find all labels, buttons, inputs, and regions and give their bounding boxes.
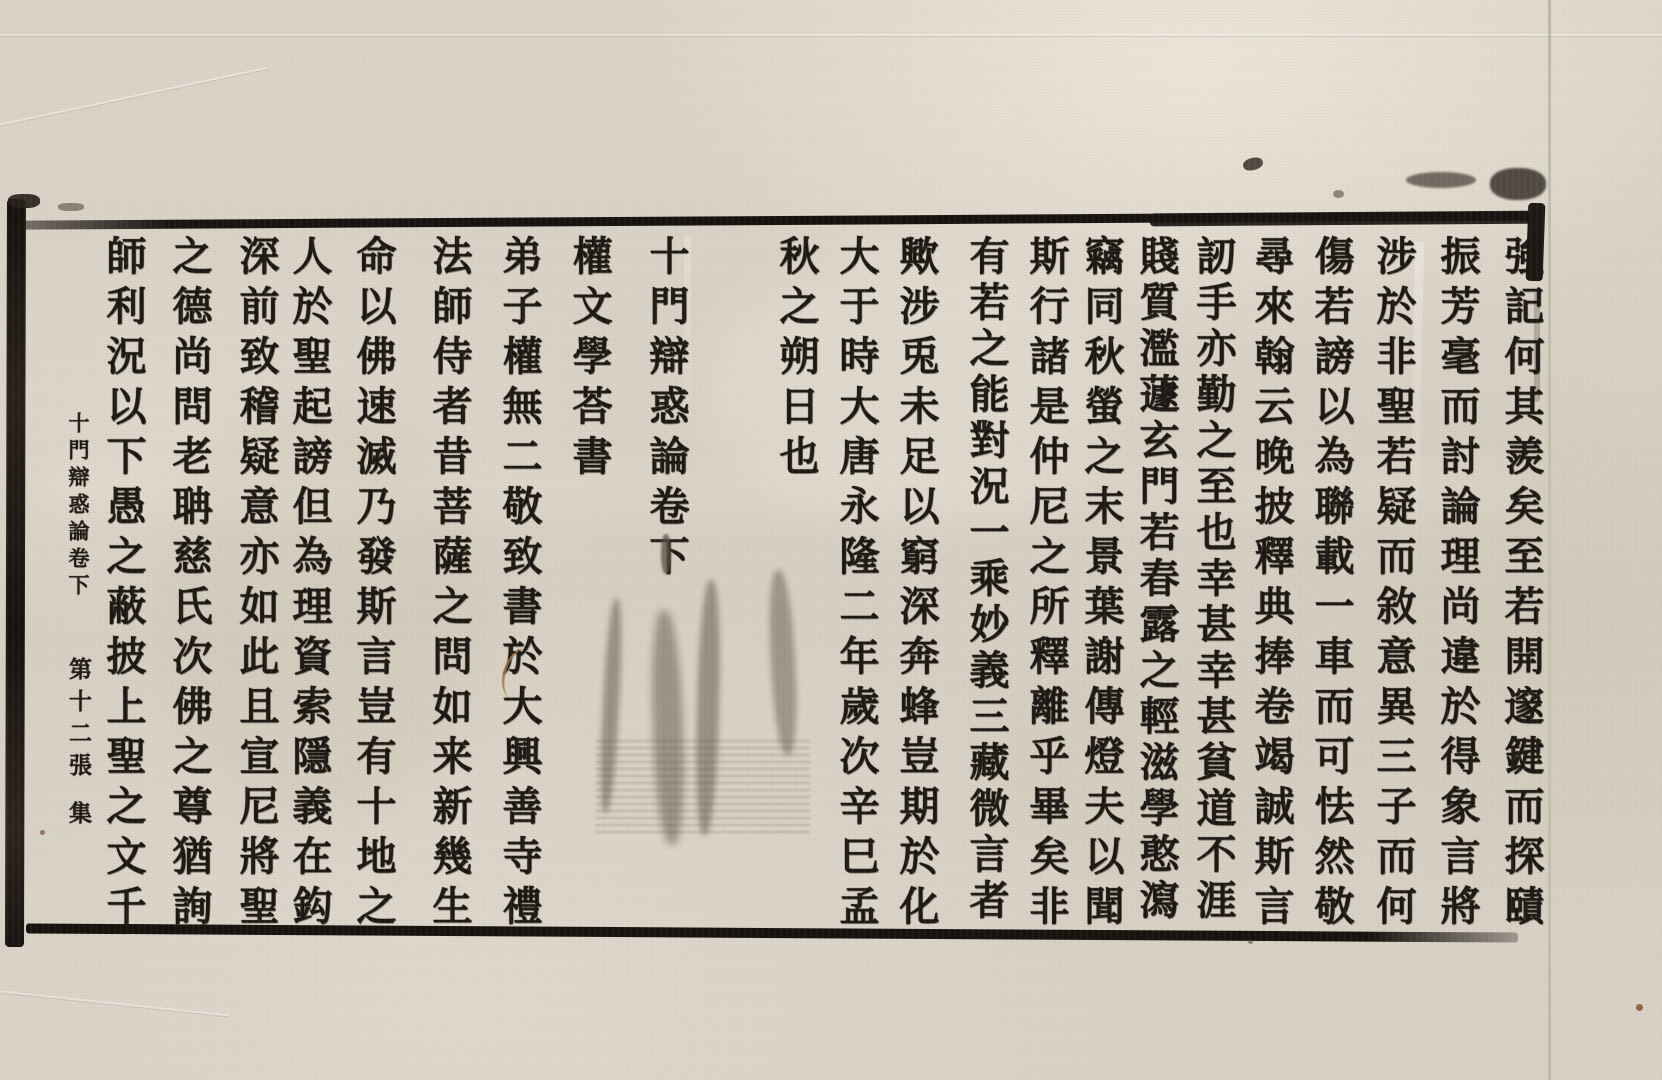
frame-border-left [5,199,26,947]
text-column-1: 強記何其羨矣至若開邃鍵而探賾 [1495,235,1547,935]
paper-crease [0,989,229,1016]
letter-column-7: 師利況以下愚之蔽披上聖之文千 [97,235,149,935]
text-column-2: 振芳毫而討論理尚違於得象言將 [1431,235,1483,935]
ghost-striations [595,738,810,833]
margin-folio-column: 十門辯惑論卷下第十二張集 [58,412,98,824]
margin-folio-collection-mark: 集 [65,785,92,824]
ink-smudge-mark [1242,156,1264,172]
scroll-leaf-photo: 強記何其羨矣至若開邃鍵而探賾 振芳毫而討論理尚違於得象言將 涉於非聖若疑而敘意異… [0,0,1662,1080]
text-column-13: 秋之朔日也 [770,235,822,485]
letter-column-1: 弟子權無二敬致書於大興善寺禮 [493,235,545,935]
paper-crease [0,67,267,127]
ink-smudge-mark [1406,172,1476,188]
text-column-11: 歟涉兎未足以窮深奔蜂豈期於化 [890,235,942,935]
letter-column-2: 法師侍者昔菩薩之問如来新幾生 [423,235,475,935]
ink-smudge-mark [1490,168,1546,200]
text-column-7: 賤質濫蘧玄門若春露之輕滋學憨瀉 [1130,235,1182,925]
letter-column-4: 人於聖起謗但為理資索隱義在鈎 [283,235,335,935]
ghost-streak [597,598,624,814]
paper-speck [40,830,45,835]
letter-column-6: 之德尚問老聃慈氏次佛之尊猶詢 [163,235,215,935]
ink-offset-ghost-smudge [575,548,845,848]
margin-folio-title: 十門辯惑論卷下 [66,412,91,601]
paper-speck [1636,1004,1643,1011]
text-column-8: 竊同秋螢之末景葉謝傳燈夫以聞 [1075,235,1127,935]
text-column-10: 有若之能對況一乘妙義三藏微言者 [960,235,1012,925]
letter-column-5: 深前致稽疑意亦如此且宣尼將聖 [230,235,282,935]
section-header-column: 權文學荅書 [563,235,615,485]
frame-border-top-heavy-segment [1150,211,1542,227]
text-column-3: 涉於非聖若疑而敘意異三子而何 [1367,235,1419,935]
ghost-streak [766,569,800,755]
text-column-5: 尋來翰云晚披釋典捧卷竭誠斯言 [1245,235,1297,935]
ghost-streak [694,580,723,835]
paper-fold-line [1548,0,1551,1080]
ink-smudge-mark [1333,190,1344,198]
ghost-streak [649,610,687,846]
text-column-9: 斯行諸是仲尼之所釋離乎畢矣非 [1020,235,1072,935]
ink-smudge-mark [58,203,84,211]
text-column-4: 傷若謗以為聯載一車而可怯然敬 [1305,235,1357,935]
text-column-12: 大于時大唐永隆二年歲次辛巳孟 [830,235,882,935]
text-column-6: 訒手亦勤之至也幸甚幸甚貧道不涯 [1187,235,1239,925]
end-title-column: 十門辯惑論卷下 [640,235,692,585]
letter-column-3: 命以佛速滅乃發斯言豈有十地之 [347,235,399,935]
paper-crease [0,34,1662,36]
margin-folio-sheet-number: 第十二張 [65,601,92,785]
